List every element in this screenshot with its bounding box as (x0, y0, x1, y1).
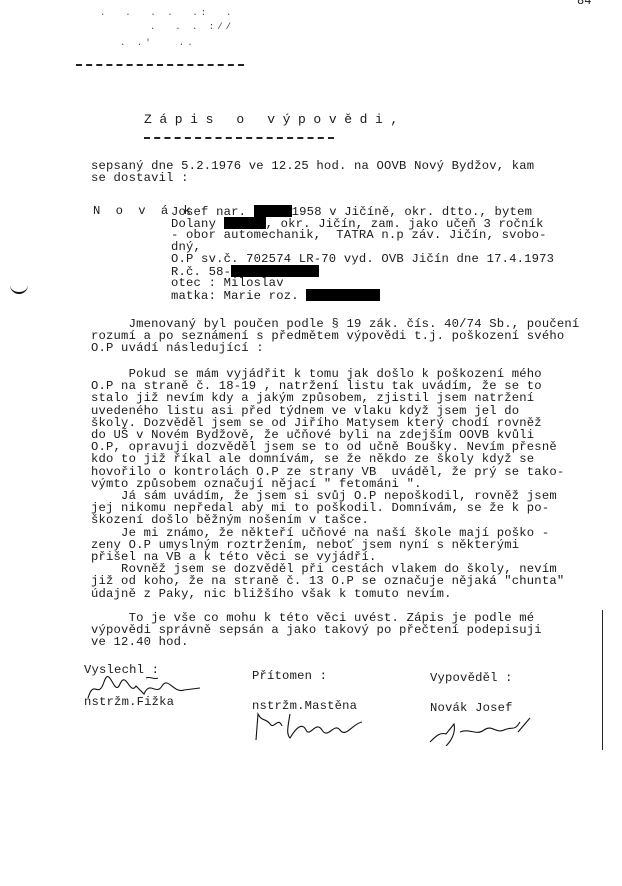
margin-hole-mark (10, 282, 28, 294)
person-line: O.P sv.č. 702574 LR-70 vyd. OVB Jičín dn… (171, 253, 554, 265)
redaction-bar (306, 289, 380, 301)
stamp-residue: . . . . .: . (100, 8, 234, 18)
statement-line: údajně z Paky, nic bližšího však k tomut… (91, 588, 452, 600)
signature-witness (426, 712, 536, 746)
person-line-text: matka: Marie roz. (171, 289, 306, 303)
margin-line (602, 610, 603, 750)
stamp-residue: . . . :// (150, 22, 234, 32)
stamp-residue: . .' .. (120, 38, 196, 48)
person-line: otec : Miloslav (171, 277, 284, 289)
person-line: - obor automechanik, TATRA n.p záv. Jičí… (171, 229, 547, 241)
document-title: Zápis o výpovědi, (144, 112, 406, 127)
redaction-bar (254, 205, 292, 217)
statement-line: stalo již nevím kdy a jakým způsobem, zj… (91, 392, 534, 404)
statement-line: kdo to již říkal ale domnívám, se že něk… (91, 453, 534, 465)
person-line: matka: Marie roz. (171, 289, 380, 302)
signature-label-present: Přítomen : (252, 670, 327, 682)
header-rule (76, 64, 244, 66)
statement-line: O.P uvádí následující : (91, 342, 264, 354)
signature-label-witness: Vypověděl : (430, 672, 513, 684)
intro-line: se dostavil : (91, 172, 189, 184)
signature-present (250, 708, 370, 742)
title-underline (144, 137, 334, 139)
statement-line: ve 12.40 hod. (91, 636, 189, 648)
signature-name-interrogator: nstržm.Fižka (84, 696, 174, 708)
statement-line: již od koho, že na straně č. 13 O.P se o… (91, 575, 564, 587)
page-number: 84 (577, 0, 591, 8)
document-page: 84 . . . . .: . . . . :// . .' .. Zápis … (0, 0, 622, 886)
statement-line: škození došlo běžným nošením v tašce. (91, 514, 369, 526)
